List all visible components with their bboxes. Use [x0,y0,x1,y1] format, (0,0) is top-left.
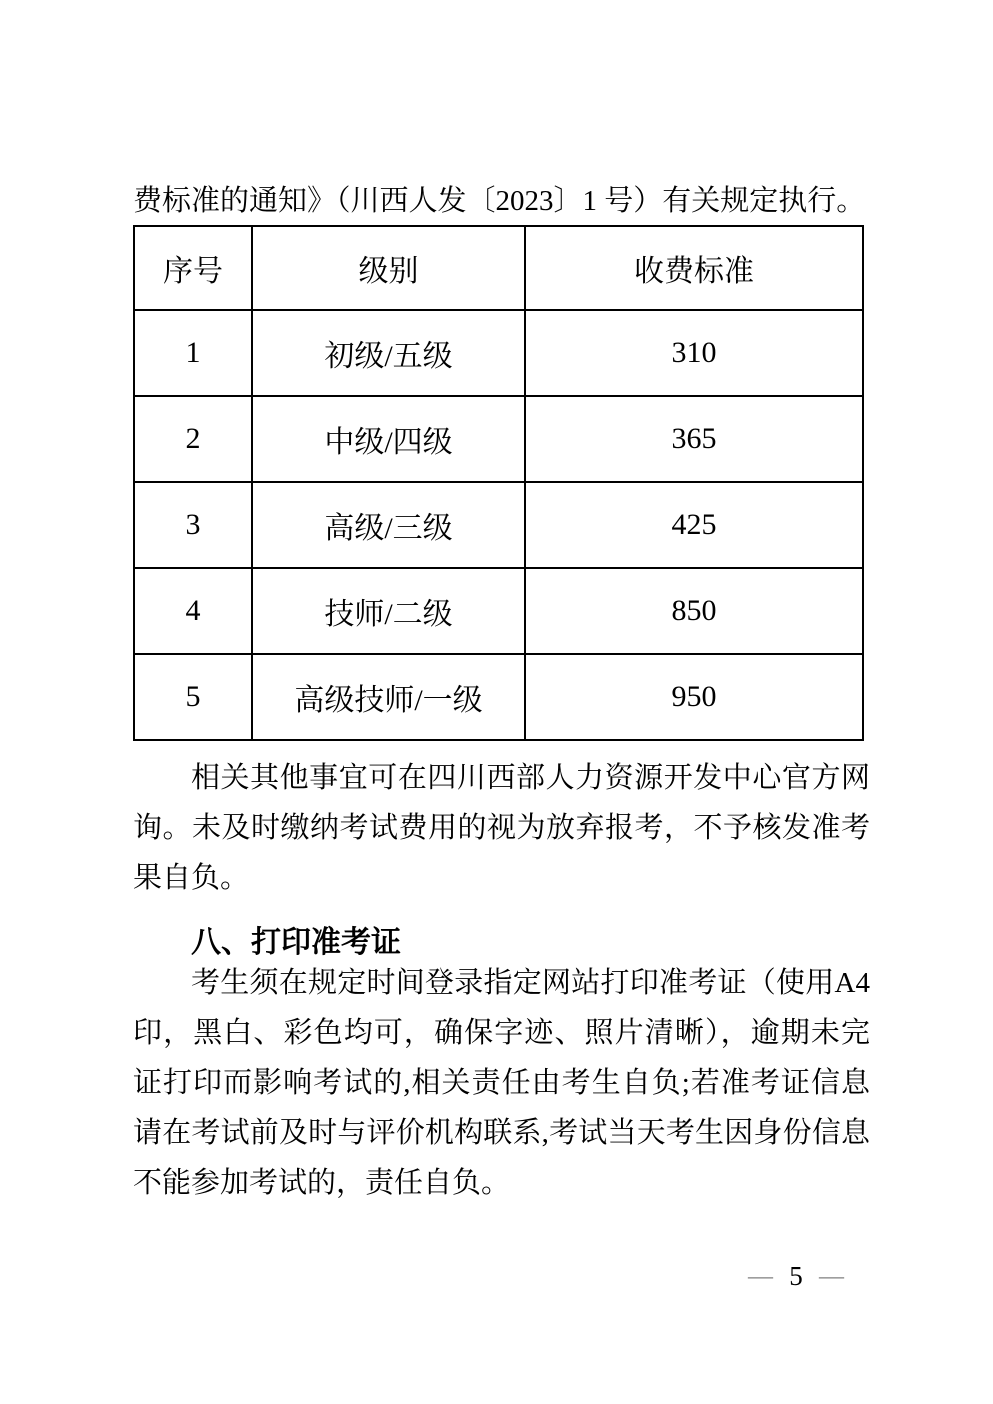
footer-dash-left: — [748,1263,773,1291]
paragraph-other-matters: 相关其他事宜可在四川西部人力资源开发中心官方网站查 询。未及时缴纳考试费用的视为… [133,753,870,903]
table-row: 1 初级/五级 310 [134,310,863,396]
cell-seq: 1 [134,310,252,396]
paragraph-line: 考生须在规定时间登录指定网站打印准考证（使用A4纸打 [133,958,870,1008]
cell-seq: 4 [134,568,252,654]
paragraph-line: 果自负。 [133,853,870,903]
cell-fee: 425 [525,482,863,568]
footer-dash-right: — [819,1263,844,1291]
cell-level: 高级/三级 [252,482,525,568]
cell-seq: 2 [134,396,252,482]
cell-level: 中级/四级 [252,396,525,482]
header-cell-fee: 收费标准 [525,226,863,310]
table-row: 5 高级技师/一级 950 [134,654,863,740]
paragraph-line: 印，黑白、彩色均可，确保字迹、照片清晰），逾期未完成准考 [133,1008,870,1058]
paragraph-line: 相关其他事宜可在四川西部人力资源开发中心官方网站查 [133,753,870,803]
table-row: 3 高级/三级 425 [134,482,863,568]
table-row: 4 技师/二级 850 [134,568,863,654]
header-cell-level: 级别 [252,226,525,310]
cell-seq: 3 [134,482,252,568]
page-number: 5 [789,1261,803,1292]
document-page: 费标准的通知》（川西人发〔2023〕1 号）有关规定执行。 序号 级别 收费标准… [0,0,993,1404]
page-footer: — 5 — [748,1261,844,1292]
cell-fee: 950 [525,654,863,740]
cell-fee: 365 [525,396,863,482]
cell-level: 高级技师/一级 [252,654,525,740]
cell-seq: 5 [134,654,252,740]
intro-continuation-line: 费标准的通知》（川西人发〔2023〕1 号）有关规定执行。 [133,181,878,221]
cell-fee: 310 [525,310,863,396]
paragraph-print-instructions: 考生须在规定时间登录指定网站打印准考证（使用A4纸打 印，黑白、彩色均可，确保字… [133,958,870,1208]
table-row: 2 中级/四级 365 [134,396,863,482]
header-cell-seq: 序号 [134,226,252,310]
fee-table: 序号 级别 收费标准 1 初级/五级 310 2 中级/四级 365 3 高级/… [133,225,864,741]
paragraph-line: 证打印而影响考试的,相关责任由考生自负;若准考证信息有误, [133,1058,870,1108]
cell-level: 初级/五级 [252,310,525,396]
cell-level: 技师/二级 [252,568,525,654]
paragraph-line: 不能参加考试的，责任自负。 [133,1158,870,1208]
paragraph-line: 询。未及时缴纳考试费用的视为放弃报考，不予核发准考证，后 [133,803,870,853]
paragraph-line: 请在考试前及时与评价机构联系,考试当天考生因身份信息有误 [133,1108,870,1158]
fee-table-header-row: 序号 级别 收费标准 [134,226,863,310]
cell-fee: 850 [525,568,863,654]
